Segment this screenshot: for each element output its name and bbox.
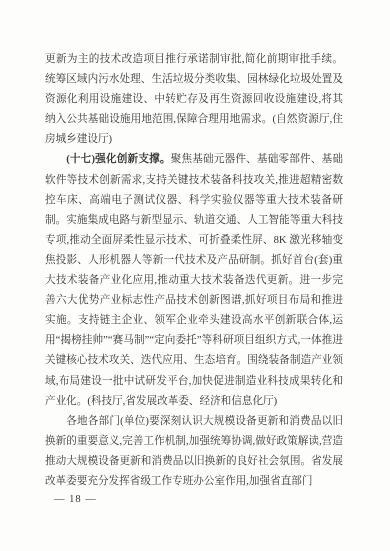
paragraph-text: 各地各部门(单位)要深刻认识大规模设备更新和消费品以旧换新的重要意义,完善工作机… bbox=[45, 416, 343, 487]
paragraph-text: 聚焦基础元器件、基础零部件、基础软件等技术创新需求,支持关键技术装备科技攻关,推… bbox=[45, 154, 343, 406]
document-page: 更新为主的技术改造项目推行承诺制审批,简化前期审批手续。统筹区域内污水处理、生活… bbox=[0, 0, 390, 551]
paragraph-closing: 各地各部门(单位)要深刻认识大规模设备更新和消费品以旧换新的重要意义,完善工作机… bbox=[45, 412, 343, 492]
section-heading: (十七)强化创新支撑。 bbox=[66, 154, 170, 165]
paragraph-continuation: 更新为主的技术改造项目推行承诺制审批,简化前期审批手续。统筹区域内污水处理、生活… bbox=[45, 50, 343, 150]
page-number: — 18 — bbox=[54, 494, 97, 505]
document-body: 更新为主的技术改造项目推行承诺制审批,简化前期审批手续。统筹区域内污水处理、生活… bbox=[45, 50, 343, 492]
paragraph-section-17: (十七)强化创新支撑。聚焦基础元器件、基础零部件、基础软件等技术创新需求,支持关… bbox=[45, 150, 343, 411]
paragraph-text: 更新为主的技术改造项目推行承诺制审批,简化前期审批手续。统筹区域内污水处理、生活… bbox=[45, 54, 343, 145]
